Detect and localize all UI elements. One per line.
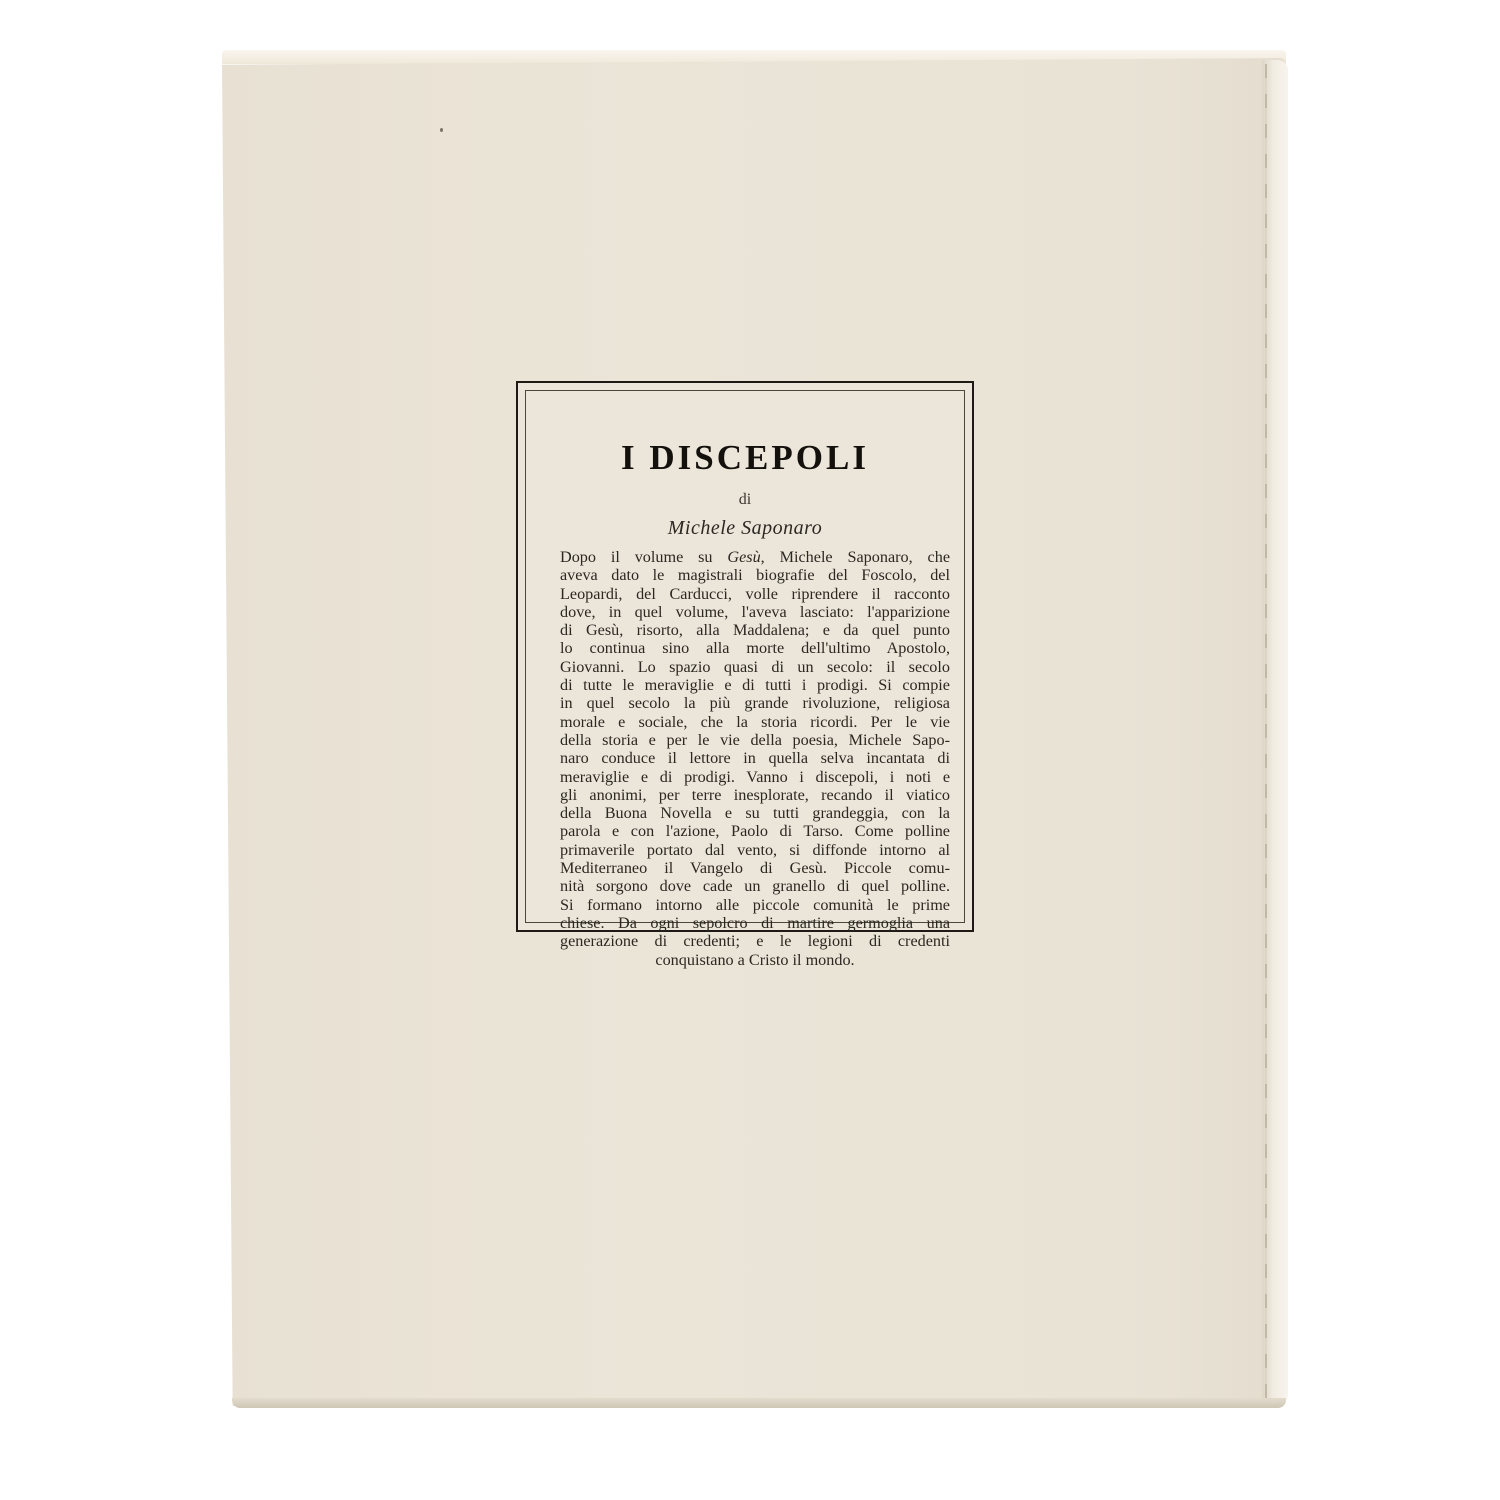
spine-crease [1265, 64, 1267, 1400]
blurb-line: conquistano a Cristo il mondo. [560, 951, 950, 969]
photo-scene: I DISCEPOLI di Michele Saponaro Dopo il … [0, 0, 1500, 1500]
blurb-line: Leopardi, del Carducci, volle riprendere… [560, 585, 950, 603]
blurb-line: naro conduce il lettore in quella selva … [560, 749, 950, 767]
blurb-line: chiese. Da ogni sepolcro di martire germ… [560, 914, 950, 932]
author-name: Michele Saponaro [518, 517, 972, 540]
blurb-line: Dopo il volume su Gesù, Michele Saponaro… [560, 548, 950, 566]
blurb-line: aveva dato le magistrali biografie del F… [560, 566, 950, 584]
blurb-line: meraviglie e di prodigi. Vanno i discepo… [560, 768, 950, 786]
blurb-line: nità sorgono dove cade un granello di qu… [560, 877, 950, 895]
text-label-content: I DISCEPOLI di Michele Saponaro Dopo il … [518, 383, 972, 930]
blurb-line: in quel secolo la più grande rivoluzione… [560, 694, 950, 712]
text-label-frame: I DISCEPOLI di Michele Saponaro Dopo il … [516, 381, 974, 932]
blurb-line: lo continua sino alla morte dell'ultimo … [560, 639, 950, 657]
blurb-line: morale e sociale, che la storia ricordi.… [560, 713, 950, 731]
cover-speck [440, 128, 443, 132]
blurb-line: di tutte le meraviglie e di tutti i prod… [560, 676, 950, 694]
blurb-line: parola e con l'azione, Paolo di Tarso. C… [560, 822, 950, 840]
blurb-line: Giovanni. Lo spazio quasi di un secolo: … [560, 658, 950, 676]
blurb-line: Mediterraneo il Vangelo di Gesù. Piccole… [560, 859, 950, 877]
book-title: I DISCEPOLI [518, 438, 972, 478]
blurb-line: generazione di credenti; e le legioni di… [560, 932, 950, 950]
blurb-line: primaverile portato dal vento, si diffon… [560, 841, 950, 859]
blurb-line: Si formano intorno alle piccole comunità… [560, 896, 950, 914]
by-word: di [518, 491, 972, 509]
blurb-line: dove, in quel volume, l'aveva lasciato: … [560, 603, 950, 621]
book-bottom-edge [232, 1398, 1286, 1408]
blurb-line: della storia e per le vie della poesia, … [560, 731, 950, 749]
blurb-line: della Buona Novella e su tutti grandeggi… [560, 804, 950, 822]
blurb-line: gli anonimi, per terre inesplorate, reca… [560, 786, 950, 804]
blurb-text: Dopo il volume su Gesù, Michele Saponaro… [560, 548, 950, 969]
blurb-line: di Gesù, risorto, alla Maddalena; e da q… [560, 621, 950, 639]
